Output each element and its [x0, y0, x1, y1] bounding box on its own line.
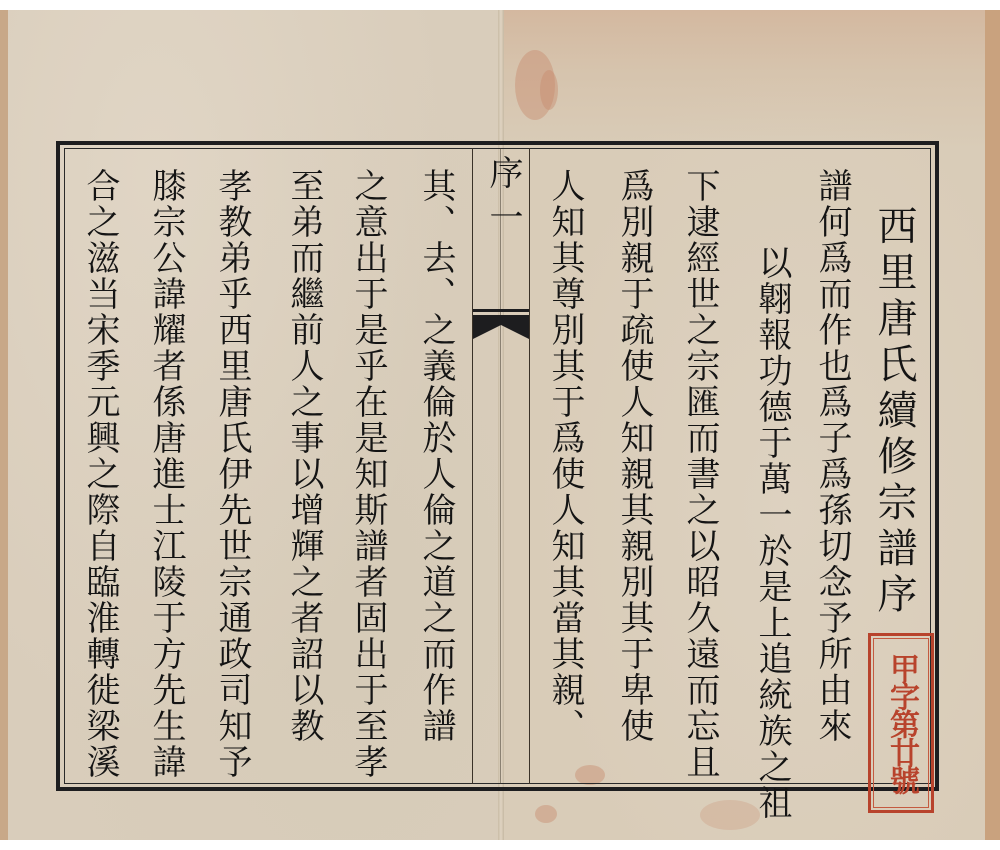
section-label: 序一	[483, 155, 523, 243]
column-rule	[529, 148, 530, 784]
text-column: 人知其尊別其于爲使人知其當其親、	[545, 168, 585, 744]
page-border-inner	[64, 148, 931, 784]
fishtail-mark-icon	[473, 305, 529, 345]
text-column: 其、去、之義倫於人倫之道之而作譜	[416, 168, 456, 744]
column-rule	[472, 148, 473, 784]
page-edge-right	[985, 10, 1000, 840]
text-column: 爲別親于疏使人知親其親別其于卑使	[614, 168, 654, 744]
text-column: 以翺報功德于萬一於是上追統族之祖	[752, 245, 792, 821]
water-stain	[540, 70, 558, 110]
text-column: 合之滋当宋季元興之際自臨淮轉徙梁溪	[80, 168, 120, 780]
center-fold-line	[500, 148, 501, 784]
text-column: 下逮經世之宗匯而書之以昭久遠而忘且	[680, 168, 720, 780]
text-column: 之意出于是乎在是知斯譜者固出于至孝	[348, 168, 388, 780]
red-seal-stamp: 甲字第廿號	[868, 633, 934, 813]
preface-title: 西里唐氏續修宗譜序	[874, 205, 914, 619]
text-column: 孝教弟乎西里唐氏伊先世宗通政司知予	[212, 168, 252, 780]
text-column: 至弟而繼前人之事以增輝之者詔以教	[284, 168, 324, 744]
water-stain	[700, 800, 760, 830]
text-column: 譜何爲而作也爲子爲孫切念予所由來	[812, 168, 852, 744]
text-column: 膝宗公諱耀者係唐進士江陵于方先生諱	[146, 168, 186, 780]
water-stain	[535, 805, 557, 823]
page-edge-left	[0, 10, 8, 840]
seal-text: 甲字第廿號	[873, 638, 929, 808]
